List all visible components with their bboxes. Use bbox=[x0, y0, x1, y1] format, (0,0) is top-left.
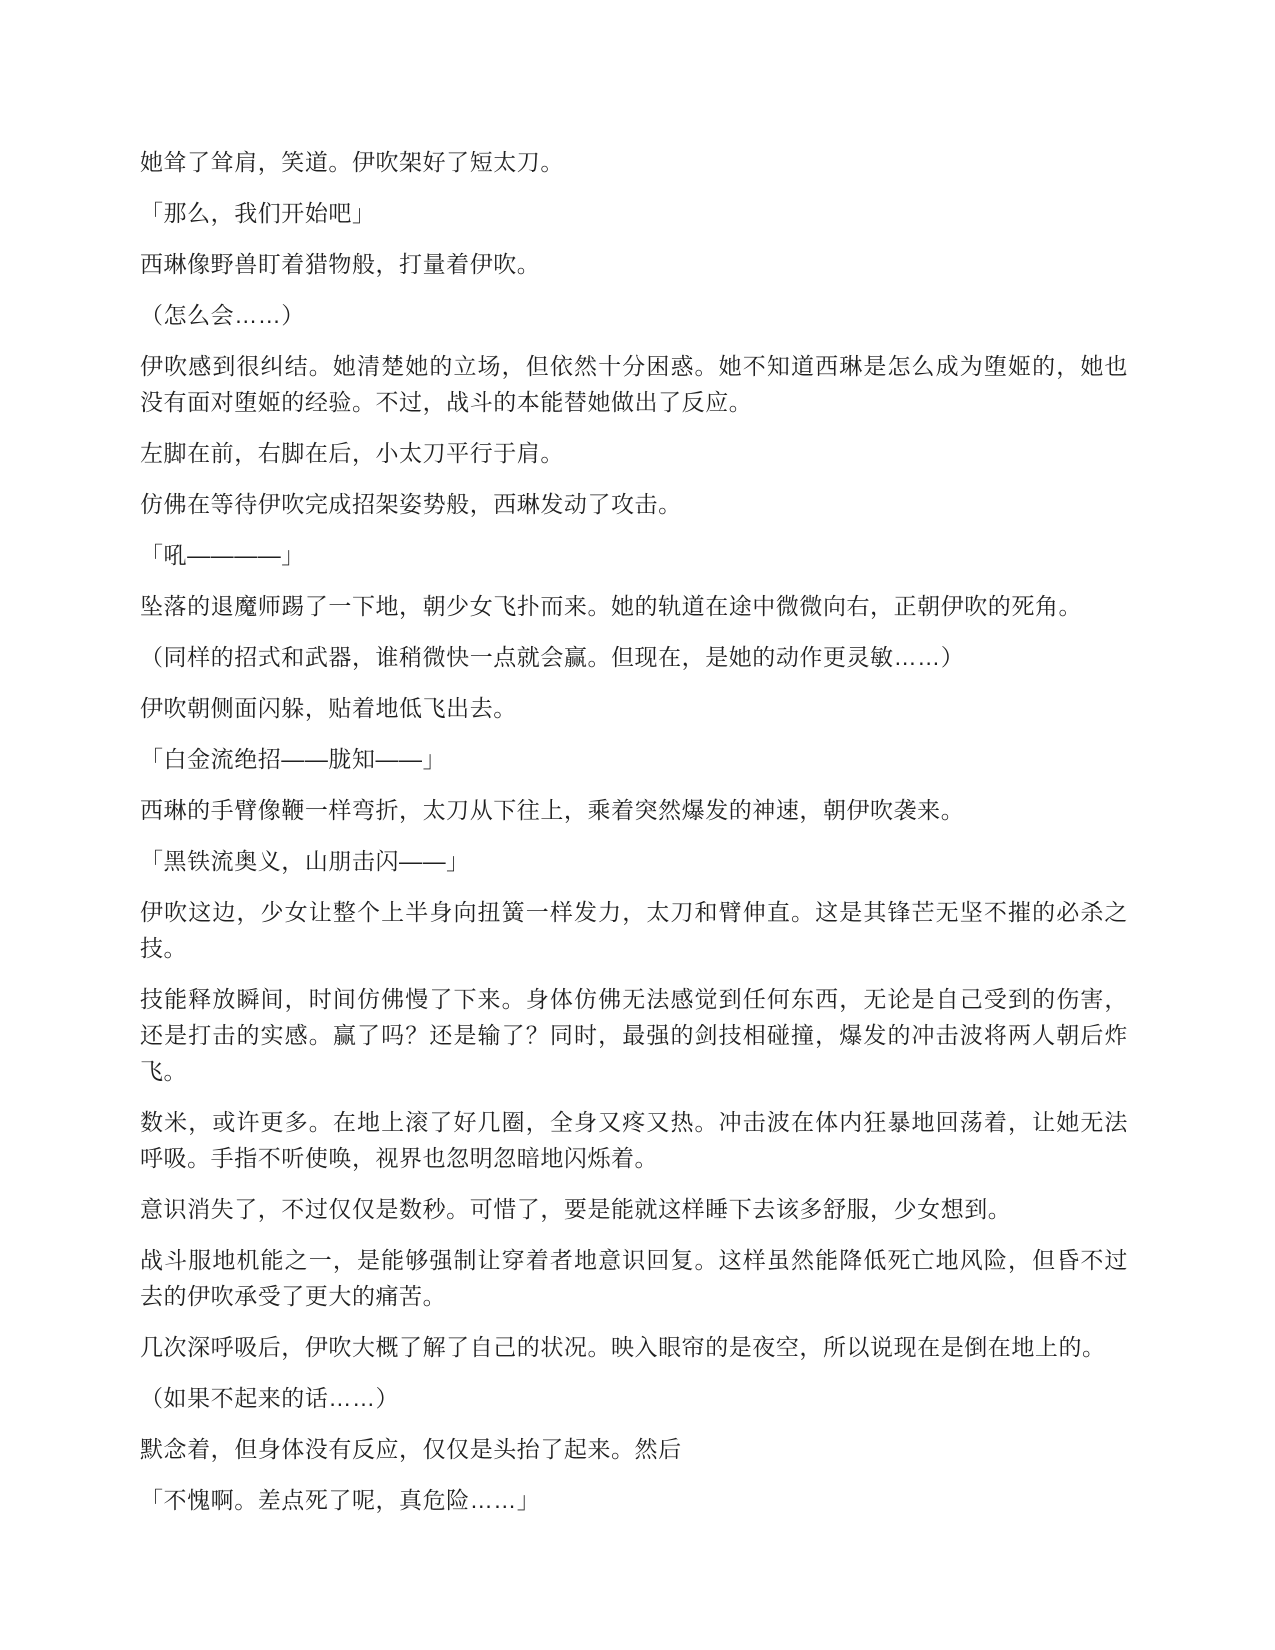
paragraph-narration-2: 西琳像野兽盯着猎物般，打量着伊吹。 bbox=[140, 246, 1128, 282]
paragraph-narration-3: 伊吹感到很纠结。她清楚她的立场，但依然十分困惑。她不知道西琳是怎么成为堕姬的，她… bbox=[140, 348, 1128, 420]
paragraph-narration-1: 她耸了耸肩，笑道。伊吹架好了短太刀。 bbox=[140, 144, 1128, 180]
paragraph-dialogue-2: 「吼————」 bbox=[140, 537, 1128, 573]
paragraph-narration-4: 左脚在前，右脚在后，小太刀平行于肩。 bbox=[140, 435, 1128, 471]
paragraph-narration-5: 仿佛在等待伊吹完成招架姿势般，西琳发动了攻击。 bbox=[140, 486, 1128, 522]
paragraph-narration-6: 坠落的退魔师踢了一下地，朝少女飞扑而来。她的轨道在途中微微向右，正朝伊吹的死角。 bbox=[140, 588, 1128, 624]
paragraph-narration-11: 数米，或许更多。在地上滚了好几圈，全身又疼又热。冲击波在体内狂暴地回荡着，让她无… bbox=[140, 1104, 1128, 1176]
paragraph-narration-13: 战斗服地机能之一，是能够强制让穿着者地意识回复。这样虽然能降低死亡地风险，但昏不… bbox=[140, 1242, 1128, 1314]
paragraph-dialogue-3: 「白金流绝招——胧知——」 bbox=[140, 741, 1128, 777]
paragraph-dialogue-1: 「那么，我们开始吧」 bbox=[140, 195, 1128, 231]
paragraph-thought-1: （怎么会……） bbox=[140, 297, 1128, 333]
paragraph-narration-14: 几次深呼吸后，伊吹大概了解了自己的状况。映入眼帘的是夜空，所以说现在是倒在地上的… bbox=[140, 1329, 1128, 1365]
paragraph-narration-10: 技能释放瞬间，时间仿佛慢了下来。身体仿佛无法感觉到任何东西，无论是自己受到的伤害… bbox=[140, 981, 1128, 1089]
paragraph-dialogue-4: 「黑铁流奥义，山朋击闪——」 bbox=[140, 843, 1128, 879]
paragraph-narration-15: 默念着，但身体没有反应，仅仅是头抬了起来。然后 bbox=[140, 1431, 1128, 1467]
paragraph-narration-7: 伊吹朝侧面闪躲，贴着地低飞出去。 bbox=[140, 690, 1128, 726]
paragraph-dialogue-5: 「不愧啊。差点死了呢，真危险……」 bbox=[140, 1482, 1128, 1518]
paragraph-narration-8: 西琳的手臂像鞭一样弯折，太刀从下往上，乘着突然爆发的神速，朝伊吹袭来。 bbox=[140, 792, 1128, 828]
paragraph-thought-3: （如果不起来的话……） bbox=[140, 1380, 1128, 1416]
paragraph-thought-2: （同样的招式和武器，谁稍微快一点就会赢。但现在，是她的动作更灵敏……） bbox=[140, 639, 1128, 675]
paragraph-narration-9: 伊吹这边，少女让整个上半身向扭簧一样发力，太刀和臂伸直。这是其锋芒无坚不摧的必杀… bbox=[140, 894, 1128, 966]
novel-page: 她耸了耸肩，笑道。伊吹架好了短太刀。 「那么，我们开始吧」 西琳像野兽盯着猎物般… bbox=[0, 0, 1275, 1650]
paragraph-narration-12: 意识消失了，不过仅仅是数秒。可惜了，要是能就这样睡下去该多舒服，少女想到。 bbox=[140, 1191, 1128, 1227]
